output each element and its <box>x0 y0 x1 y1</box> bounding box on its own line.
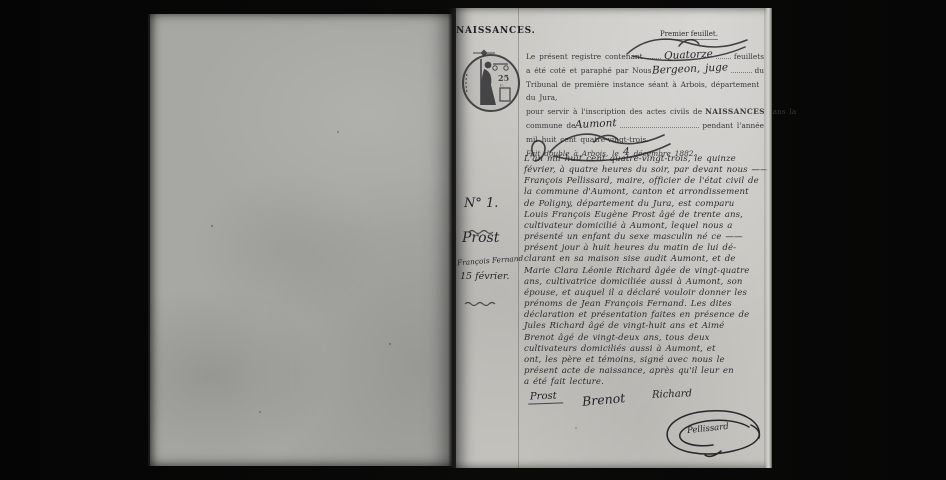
signature-witness-richard: Richard <box>652 388 692 400</box>
act-line: février, à quatre heures du soir, par de… <box>524 165 772 176</box>
blank-line <box>716 52 731 59</box>
act-line: épouse, et auquel il a déclaré vouloir d… <box>524 288 772 299</box>
blank-line <box>731 66 752 73</box>
decl-text: dans la <box>768 105 796 119</box>
margin-date: 15 février. <box>460 271 509 282</box>
decl-text: du <box>755 64 765 78</box>
signature-father: Prost <box>528 390 563 404</box>
act-line: cultivateur domicilié à Aumont, lequel n… <box>524 221 772 232</box>
blank-verso-page <box>148 14 454 466</box>
margin-given-names: François Fernand <box>457 254 524 268</box>
margin-squiggle <box>464 292 498 311</box>
act-line: ans, cultivatrice domiciliée aussi à Aum… <box>524 277 772 288</box>
act-number: N° 1. <box>464 196 498 211</box>
svg-text:c.: c. <box>500 83 505 89</box>
act-line: de Poligny, département du Jura, est com… <box>524 199 772 210</box>
decl-text: a été coté et paraphé par Nous <box>526 64 652 78</box>
act-line: a été fait lecture. <box>524 377 772 388</box>
blank-line <box>646 52 661 59</box>
page-edge <box>764 8 772 468</box>
register-scan: NAISSANCES. Premier feuillet. <box>0 0 946 480</box>
act-line: Louis François Eugène Prost âgé de trent… <box>524 210 772 221</box>
declaration-line: a été coté et paraphé par Nous Bergeon, … <box>526 64 764 78</box>
act-line: François Pellissard, maire, officier de … <box>524 176 772 187</box>
svg-text:25: 25 <box>498 73 509 83</box>
act-line: présent jour à huit heures du matin de l… <box>524 243 772 254</box>
blank-line <box>620 121 699 128</box>
justice-revenue-stamp-icon: 25 c. <box>460 52 522 118</box>
act-line: Jules Richard âgé de vingt-huit ans et A… <box>524 321 772 332</box>
act-line: clarant en sa maison sise audit Aumont, … <box>524 254 772 265</box>
decl-text: pendant l'année <box>702 119 764 133</box>
declaration-line: pour servir à l'inscription des actes ci… <box>526 105 764 119</box>
signature-witness-brenot: Brenot <box>581 390 625 409</box>
decl-emphasis: NAISSANCES <box>705 105 765 119</box>
act-line: la commune d'Aumont, canton et arrondiss… <box>524 187 772 198</box>
margin-surname: Prost <box>462 230 499 246</box>
act-line: présenté un enfant du sexe masculin né c… <box>524 232 772 243</box>
act-line: prénoms de Jean François Fernand. Les di… <box>524 299 772 310</box>
act-line: L'an mil huit cent quatre-vingt-trois, l… <box>524 154 772 165</box>
signature-officer: Pellissard <box>661 404 773 460</box>
register-recto-page: NAISSANCES. Premier feuillet. <box>456 8 772 468</box>
handwritten-judge-name: Bergeon, juge <box>651 61 728 78</box>
act-line: Brenot âgé de vingt-deux ans, tous deux <box>524 333 772 344</box>
birth-act-text: L'an mil huit cent quatre-vingt-trois, l… <box>524 154 772 388</box>
declaration-line: Le présent registre contenant Quatorze f… <box>526 50 764 64</box>
decl-text: Le présent registre contenant <box>526 50 643 64</box>
act-line: présent acte de naissance, après qu'il l… <box>524 366 772 377</box>
declaration-line: Tribunal de première instance séant à Ar… <box>526 78 764 106</box>
act-line: ont, les père et témoins, signé avec nou… <box>524 355 772 366</box>
act-line: déclaration et présentation faites en pr… <box>524 310 772 321</box>
decl-text: feuillets <box>734 50 764 64</box>
act-line: cultivateurs domiciliés aussi à Aumont, … <box>524 344 772 355</box>
section-title: NAISSANCES. <box>456 26 536 36</box>
act-line: Marie Clara Léonie Richard âgée de vingt… <box>524 266 772 277</box>
